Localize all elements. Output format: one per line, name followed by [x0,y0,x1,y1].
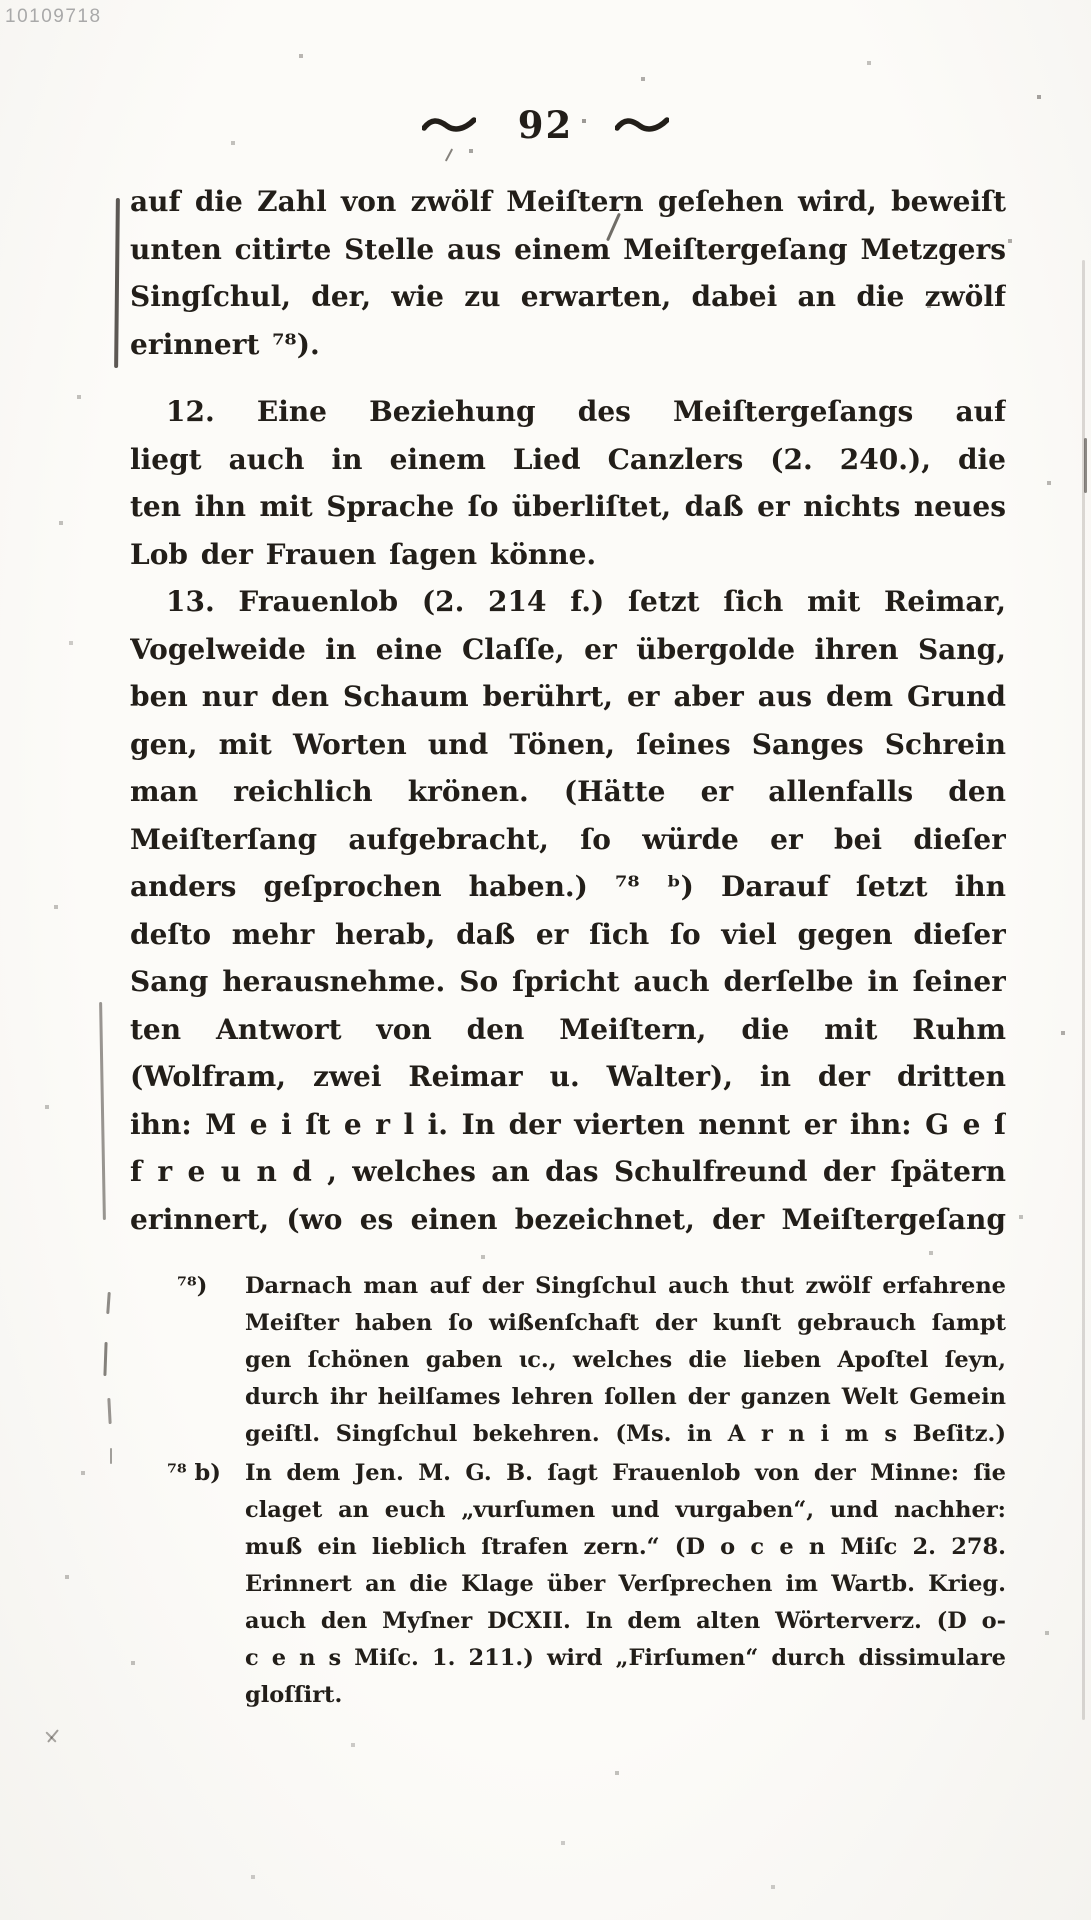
text-line: Lob der Frauen ſagen könne. [130,531,1006,579]
text-line: ihn: M e i ſt e r l i. In der vierten ne… [130,1101,1006,1149]
footnote-marker: ⁷⁸ b) [167,1455,221,1492]
text-line: ten Antwort von den Meiſtern, die mit Ru… [130,1006,1006,1054]
footnote-line: durch ihr heilſames lehren ſollen der ga… [245,1379,1006,1416]
footnote-line: gloſſirt. [245,1677,1006,1714]
book-page-scan: 10109718 92 auf die Zahl von zwölf Meiſt… [0,0,1091,1920]
footnote-78b: ⁷⁸ b) In dem Jen. M. G. B. ſagt Frauenlo… [245,1455,1006,1714]
footnote-line: Erinnert an die Klage über Verſprechen i… [245,1566,1006,1603]
text-line: Sang herausnehme. So ſpricht auch derſel… [130,958,1006,1006]
footnote-line: gen ſchönen gaben ɩc., welches die liebe… [245,1342,1006,1379]
scan-id: 10109718 [5,6,102,28]
footnote-line: Darnach man auf der Singſchul auch thut … [245,1268,1006,1305]
paragraph-continuation: auf die Zahl von zwölf Meiſtern geſehen … [130,178,1006,368]
text-line: auf die Zahl von zwölf Meiſtern geſehen … [130,178,1006,226]
text-line: unten citirte Stelle aus einem Meiſterge… [130,226,1006,274]
margin-mark [110,1448,112,1464]
footnote-line: muß ein lieblich ſtrafen zern.“ (D o c e… [245,1529,1006,1566]
text-line: 13. Frauenlob (2. 214 f.) ſetzt ſich mit… [130,578,1006,626]
footnote-line: geiſtl. Singſchul bekehren. (Ms. in A r … [245,1416,1006,1453]
text-line: man reichlich krönen. (Hätte er allenfal… [130,768,1006,816]
footnote-line: In dem Jen. M. G. B. ſagt Frauenlob von … [245,1455,1006,1492]
margin-mark [99,1002,106,1220]
footnote-line: c e n s Miſc. 1. 211.) wird „Firſumen“ d… [245,1640,1006,1677]
paragraph-item-13: 13. Frauenlob (2. 214 f.) ſetzt ſich mit… [130,578,1006,1243]
margin-mark [114,198,120,368]
text-line: anders geſprochen haben.) ⁷⁸ ᵇ) Darauf ſ… [130,863,1006,911]
text-line: f r e u n d , welches an das Schulfreund… [130,1148,1006,1196]
text-line: ben nur den Schaum berührt, er aber aus … [130,673,1006,721]
margin-mark [106,1292,111,1314]
text-line: deſto mehr herab, daß er ſich ſo viel ge… [130,911,1006,959]
page-header: 92 [0,103,1091,147]
slash-mark [445,148,453,161]
footnote-line: claget an euch „vurſumen und vurgaben“, … [245,1492,1006,1529]
scan-noise [0,0,2,2]
swash-left-icon [422,116,476,134]
text-line: 12. Eine Beziehung des Meiſtergeſangs au… [130,388,1006,436]
footnote-78: ⁷⁸) Darnach man auf der Singſchul auch t… [245,1268,1006,1453]
text-line: gen, mit Worten und Tönen, ſeines Sanges… [130,721,1006,769]
text-line: ten ihn mit Sprache ſo überliſtet, daß e… [130,483,1006,531]
text-line: liegt auch in einem Lied Canzlers (2. 24… [130,436,1006,484]
text-line: Meiſterſang aufgebracht, ſo würde er bei… [130,816,1006,864]
margin-mark [107,1398,111,1424]
page-number: 92 [518,103,574,147]
text-line: Singſchul, der, wie zu erwarten, dabei a… [130,273,1006,321]
text-line: Vogelweide in eine Claſſe, er übergolde … [130,626,1006,674]
paragraph-item-12: 12. Eine Beziehung des Meiſtergeſangs au… [130,388,1006,578]
swash-right-icon [615,116,669,134]
footnote-line: auch den Myſner DCXII. In dem alten Wört… [245,1603,1006,1640]
text-line: erinnert ⁷⁸). [130,321,1006,369]
footnote-marker: ⁷⁸) [177,1268,207,1305]
text-line: erinnert, (wo es einen bezeichnet, der M… [130,1196,1006,1244]
margin-mark [103,1342,107,1376]
page-edge-shadow [1084,438,1087,493]
footnote-line: Meiſter haben ſo wißenſchaft der kunſt g… [245,1305,1006,1342]
text-line: (Wolfram, zwei Reimar u. Walter), in der… [130,1053,1006,1101]
